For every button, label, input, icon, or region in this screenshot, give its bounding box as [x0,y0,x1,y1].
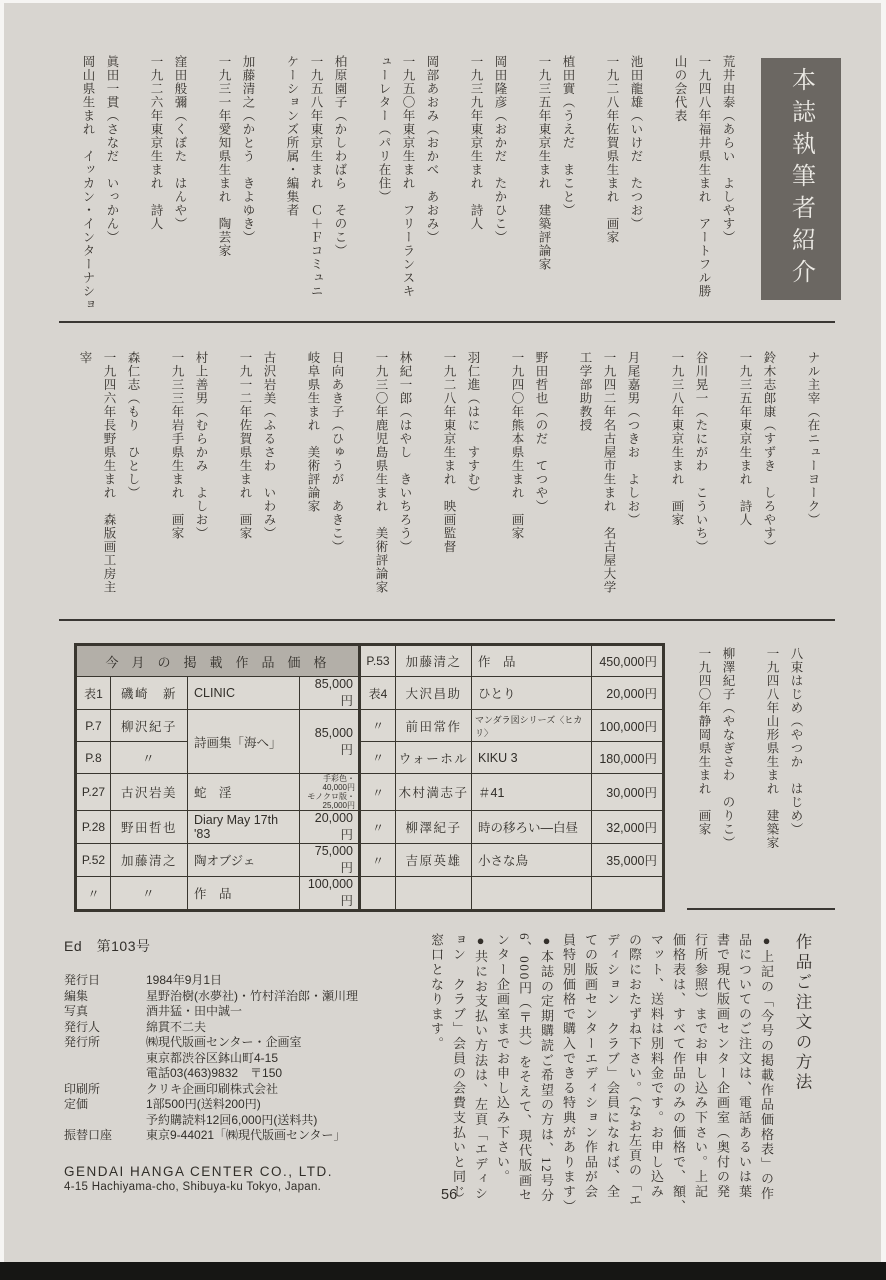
colophon-row: 発行日 1984年9月1日 [64,973,432,989]
work-title-cell: 陶オブジェ [188,844,300,877]
work-title-cell: 作 品 [188,877,300,911]
contributor-entry: 植田實（うえだ まこと） 一九三五年東京生まれ 建築評論家 [532,55,580,313]
order-line: 行所参照）までお申し込み下さい。上記 [689,933,711,1223]
contributor-line: 一九三〇年鹿児島県生まれ 美術評論家 [369,351,393,613]
issue-number: Ed 第103号 [64,936,432,956]
artist-cell: 前田常作 [396,710,472,742]
artist-cell: 加藤清之 [396,645,472,677]
colophon-value: 星野治樹(水夢社)・竹村洋治郎・瀬川理 [146,989,432,1005]
colophon-value: ㈱現代版画センター・企画室 [146,1035,432,1051]
contributor-line: 一九三九年東京生まれ 詩人 [464,55,488,313]
page-cell: 〃 [360,844,396,877]
order-line: ンター企画室までお申し込み下さい。 [491,933,513,1223]
contributor-line: ナル主宰（在ニューヨーク） [801,351,825,613]
order-line: 品についてのご注文は、電話あるいは葉 [733,933,755,1223]
divider-rule [59,619,835,621]
contributor-entry: 柏原園子（かしわばら そのこ） 一九五八年東京生まれ Ｃ＋Ｆコミュニ ケーション… [280,55,352,313]
colophon-value: 1部500円(送料200円) [146,1097,432,1113]
colophon-value: 東京都渋谷区鉢山町4-15 [146,1051,432,1067]
work-title-cell: 作 品 [472,645,592,677]
colophon-value: 予約購読料12回6,000円(送料共) [146,1113,432,1129]
table-row: 表1 磯崎 新 CLINIC 85,000円 表4 大沢昌助 ひとり 20,00… [76,677,664,710]
contributor-line: 一九四〇年静岡県生まれ 画家 [692,647,716,905]
price-cell: 75,000円 [300,844,360,877]
colophon-row: 振替口座 東京9-44021「㈱現代版画センター」 [64,1128,432,1144]
price-cell: 手彩色・40,000円 モノクロ版・25,000円 [300,774,360,811]
colophon: Ed 第103号 発行日 1984年9月1日 編集 星野治樹(水夢社)・竹村洋治… [64,936,432,1204]
scan-edge-bar [0,1262,886,1280]
contributor-line: 羽仁進（はに すすむ） [461,351,485,613]
colophon-label: 発行人 [64,1020,146,1036]
table-row: 今月の掲載作品価格 P.53 加藤清之 作 品 450,000円 [76,645,664,677]
contributor-entry: 谷川晃一（たにがわ こういち） 一九三八年東京生まれ 画家 [665,351,713,613]
contributor-line: 一九一二年佐賀県生まれ 画家 [233,351,257,613]
contributor-entry: 鈴木志郎康（すずき しろやす） 一九三五年東京生まれ 詩人 [733,351,781,613]
artist-cell: 野田哲也 [111,811,188,844]
contributor-entry: 眞田一貫（さなだ いっかん） 岡山県生まれ イッカン・インターナショ [76,55,124,313]
contributor-line: 一九五〇年東京生まれ フリーランスキ [396,55,420,313]
colophon-label [64,1051,146,1067]
order-line: ての版画センターエディション作品が会 [579,933,601,1223]
contributor-line: 一九五八年東京生まれ Ｃ＋Ｆコミュニ [304,55,328,313]
table-row: P.27 古沢岩美 蛇 淫 手彩色・40,000円 モノクロ版・25,000円 … [76,774,664,811]
work-title-cell: 蛇 淫 [188,774,300,811]
table-row: 〃 〃 作 品 100,000円 [76,877,664,911]
colophon-label: 発行日 [64,973,146,989]
order-line: マット、送料は別料金です。お申し込み [645,933,667,1223]
contributor-line: 一九四二年名古屋市生まれ 名古屋大学 [597,351,621,613]
contributor-line: 工学部助教授 [573,351,597,613]
price-table-header: 今月の掲載作品価格 [76,645,360,677]
colophon-label: 印刷所 [64,1082,146,1098]
price-cell: 35,000円 [592,844,664,877]
contributor-line: 日向あき子（ひゅうが あきこ） [325,351,349,613]
contributor-line: 八束はじめ（やつか はじめ） [784,647,808,905]
colophon-row: 予約購読料12回6,000円(送料共) [64,1113,432,1129]
contributor-line: ューレター（パリ在住） [372,55,396,313]
page-cell: 〃 [360,710,396,742]
contributor-line: 一九二八年佐賀県生まれ 画家 [600,55,624,313]
contributor-entry: 柳澤紀子（やなぎさわ のりこ） 一九四〇年静岡県生まれ 画家 [692,647,740,905]
work-title-cell [472,877,592,911]
order-line: ョン クラブ」会員の会費支払いと同じ [447,933,469,1223]
contributor-entry: 村上善男（むらかみ よしお） 一九三三年岩手県生まれ 画家 [165,351,213,613]
contributor-line: 野田哲也（のだ てつや） [529,351,553,613]
colophon-label: 写真 [64,1004,146,1020]
artist-cell: 木村満志子 [396,774,472,811]
contributor-entry: 加藤清之（かとう きよゆき） 一九三一年愛知県生まれ 陶芸家 [212,55,260,313]
price-cell: 85,000円 [300,677,360,710]
work-title-cell: マンダラ図シリーズ〈ヒカリ〉 [472,710,592,742]
contributor-line: 加藤清之（かとう きよゆき） [236,55,260,313]
colophon-label: 振替口座 [64,1128,146,1144]
contributor-entry: 林紀一郎（はやし きいちろう） 一九三〇年鹿児島県生まれ 美術評論家 [369,351,417,613]
contributor-entry: 森仁志（もり ひとし） 一九四六年長野県生まれ 森版画工房主 宰 [73,351,145,613]
price-cell: 180,000円 [592,742,664,774]
colophon-value: クリキ企画印刷株式会社 [146,1082,432,1098]
work-title-cell: 時の移ろい―白昼 [472,811,592,844]
page-cell: 〃 [360,742,396,774]
contributor-line: 植田實（うえだ まこと） [556,55,580,313]
contributor-line: 村上善男（むらかみ よしお） [189,351,213,613]
price-cell [592,877,664,911]
contributor-entry: 月尾嘉男（つきお よしお） 一九四二年名古屋市生まれ 名古屋大学 工学部助教授 [573,351,645,613]
page-number: 56 [441,1187,457,1203]
contributor-entry: 岡部あおみ（おかべ あおみ） 一九五〇年東京生まれ フリーランスキ ューレター（… [372,55,444,313]
price-cell: 100,000円 [300,877,360,911]
colophon-label: 編集 [64,989,146,1005]
contributor-line: 宰 [73,351,97,613]
colophon-row: 編集 星野治樹(水夢社)・竹村洋治郎・瀬川理 [64,989,432,1005]
publisher-english-name: GENDAI HANGA CENTER CO., LTD. [64,1164,432,1179]
contributor-line: 月尾嘉男（つきお よしお） [621,351,645,613]
contributor-line: 森仁志（もり ひとし） [121,351,145,613]
page-cell: P.52 [76,844,111,877]
table-row: P.52 加藤清之 陶オブジェ 75,000円 〃 吉原英雄 小さな鳥 35,0… [76,844,664,877]
contributor-entry: 荒井由泰（あらい よしやす） 一九四八年福井県生まれ アートフル勝 山の会代表 [668,55,740,313]
colophon-row: 電話03(463)9832 〒150 [64,1066,432,1082]
contributor-entry: 八束はじめ（やつか はじめ） 一九四八年山形県生まれ 建築家 [760,647,808,905]
colophon-row: 東京都渋谷区鉢山町4-15 [64,1051,432,1067]
artist-cell: ウォーホル [396,742,472,774]
contributor-line: 一九三三年岩手県生まれ 画家 [165,351,189,613]
contributor-line: 一九二六年東京生まれ 詩人 [144,55,168,313]
artist-cell: 磯崎 新 [111,677,188,710]
contributor-line: 柏原園子（かしわばら そのこ） [328,55,352,313]
table-row: P.28 野田哲也 Diary May 17th '83 20,000円 〃 柳… [76,811,664,844]
order-line: 6、000円（〒共）をそえて、現代版画セ [513,933,535,1223]
contributor-line: 岡部あおみ（おかべ あおみ） [420,55,444,313]
contributor-entry: 池田龍雄（いけだ たつお） 一九二八年佐賀県生まれ 画家 [600,55,648,313]
price-cell: 20,000円 [300,811,360,844]
price-line: 手彩色・40,000円 [304,774,355,792]
contributor-line: 一九三八年東京生まれ 画家 [665,351,689,613]
divider-rule [59,321,835,323]
artist-cell: 柳沢紀子 [111,710,188,742]
order-line: ●共にお支払い方法は、左頁「エディシ [469,933,491,1223]
contributor-entry: 窪田般彌（くぼた はんや） 一九二六年東京生まれ 詩人 [144,55,192,313]
work-title-cell: 小さな鳥 [472,844,592,877]
contributor-line: 岡田隆彦（おかだ たかひこ） [488,55,512,313]
contributor-line: 窪田般彌（くぼた はんや） [168,55,192,313]
price-line: モノクロ版・25,000円 [304,792,355,810]
table-row: P.8 〃 〃 ウォーホル KIKU 3 180,000円 [76,742,664,774]
contributor-line: 一九三一年愛知県生まれ 陶芸家 [212,55,236,313]
artist-cell: 大沢昌助 [396,677,472,710]
contributors-block-1: 荒井由泰（あらい よしやす） 一九四八年福井県生まれ アートフル勝 山の会代表 … [56,55,740,313]
colophon-row: 印刷所 クリキ企画印刷株式会社 [64,1082,432,1098]
contributors-block-3: 八束はじめ（やつか はじめ） 一九四八年山形県生まれ 建築家 柳澤紀子（やなぎさ… [672,647,808,905]
divider-rule [687,908,835,910]
page-cell: P.28 [76,811,111,844]
colophon-value: 東京9-44021「㈱現代版画センター」 [146,1128,432,1144]
table-row: P.7 柳沢紀子 詩画集「海へ」 85,000円 〃 前田常作 マンダラ図シリー… [76,710,664,742]
colophon-label: 発行所 [64,1035,146,1051]
artist-cell: 古沢岩美 [111,774,188,811]
contributor-line: 一九四六年長野県生まれ 森版画工房主 [97,351,121,613]
contributor-line: 古沢岩美（ふるさわ いわみ） [257,351,281,613]
order-line: の際におたずね下さい。（なお左頁の「エ [623,933,645,1223]
order-line: 窓口となります。 [425,933,447,1223]
artist-cell [396,877,472,911]
order-line: ●本誌の定期購読ご希望の方は、12号分 [535,933,557,1223]
contributors-title: 本誌執筆者紹介 [784,67,819,291]
contributor-entry: 羽仁進（はに すすむ） 一九二八年東京生まれ 映画監督 [437,351,485,613]
work-title-cell: CLINIC [188,677,300,710]
colophon-row: 発行所 ㈱現代版画センター・企画室 [64,1035,432,1051]
contributor-line: 山の会代表 [668,55,692,313]
page-cell: 〃 [360,774,396,811]
contributor-line: 鈴木志郎康（すずき しろやす） [757,351,781,613]
artist-cell: 〃 [111,877,188,911]
contributor-entry: 野田哲也（のだ てつや） 一九四〇年熊本県生まれ 画家 [505,351,553,613]
order-section-title: 作品ご注文の方法 [791,933,813,1223]
colophon-value: 1984年9月1日 [146,973,432,989]
contributor-line: 柳澤紀子（やなぎさわ のりこ） [716,647,740,905]
work-title-cell: ＃41 [472,774,592,811]
colophon-label: 定価 [64,1097,146,1113]
order-section: 作品ご注文の方法 ●上記の「今号の掲載作品価格表」の作 品についてのご注文は、電… [425,933,813,1223]
contributor-line: 一九三五年東京生まれ 建築評論家 [532,55,556,313]
contributor-line: 一九四〇年熊本県生まれ 画家 [505,351,529,613]
page-cell: P.53 [360,645,396,677]
order-line: ディション クラブ」会員になれば、全 [601,933,623,1223]
colophon-row: 写真 酒井猛・田中誠一 [64,1004,432,1020]
contributors-title-box: 本誌執筆者紹介 [761,58,841,300]
work-title-cell: 詩画集「海へ」 [188,710,300,774]
work-title-cell: Diary May 17th '83 [188,811,300,844]
price-cell: 30,000円 [592,774,664,811]
contributor-line: 谷川晃一（たにがわ こういち） [689,351,713,613]
contributors-block-2: ナル主宰（在ニューヨーク） 鈴木志郎康（すずき しろやす） 一九三五年東京生まれ… [53,351,825,613]
colophon-label [64,1066,146,1082]
order-line: 員特別価格で購入できる特典があります） [557,933,579,1223]
artist-cell: 柳澤紀子 [396,811,472,844]
colophon-value: 電話03(463)9832 〒150 [146,1066,432,1082]
page-cell: 表1 [76,677,111,710]
colophon-row: 定価 1部500円(送料200円) [64,1097,432,1113]
contributor-line: 林紀一郎（はやし きいちろう） [393,351,417,613]
price-cell: 32,000円 [592,811,664,844]
price-cell: 100,000円 [592,710,664,742]
contributor-line: 岡山県生まれ イッカン・インターナショ [76,55,100,313]
page-cell: P.7 [76,710,111,742]
price-cell: 20,000円 [592,677,664,710]
work-title-cell: KIKU 3 [472,742,592,774]
contributor-line: 一九三五年東京生まれ 詩人 [733,351,757,613]
contributor-line: 一九四八年山形県生まれ 建築家 [760,647,784,905]
contributor-line: 池田龍雄（いけだ たつお） [624,55,648,313]
price-table: 今月の掲載作品価格 P.53 加藤清之 作 品 450,000円 表1 磯崎 新… [74,643,665,912]
publisher-english-address: 4-15 Hachiyama-cho, Shibuya-ku Tokyo, Ja… [64,1181,432,1193]
colophon-label [64,1113,146,1129]
artist-cell: 吉原英雄 [396,844,472,877]
page-cell [360,877,396,911]
colophon-value: 酒井猛・田中誠一 [146,1004,432,1020]
contributor-line: 一九二八年東京生まれ 映画監督 [437,351,461,613]
contributor-entry: 古沢岩美（ふるさわ いわみ） 一九一二年佐賀県生まれ 画家 [233,351,281,613]
contributor-entry: ナル主宰（在ニューヨーク） [801,351,825,613]
order-line: 価格表は、すべて作品のみの価格で、額、 [667,933,689,1223]
contributor-line: 一九四八年福井県生まれ アートフル勝 [692,55,716,313]
work-title-cell: ひとり [472,677,592,710]
page-cell: 表4 [360,677,396,710]
page-cell: P.27 [76,774,111,811]
page-cell: 〃 [360,811,396,844]
artist-cell: 加藤清之 [111,844,188,877]
scanned-magazine-page: 本誌執筆者紹介 荒井由泰（あらい よしやす） 一九四八年福井県生まれ アートフル… [4,3,881,1262]
contributor-line: 眞田一貫（さなだ いっかん） [100,55,124,313]
contributor-entry: 日向あき子（ひゅうが あきこ） 岐阜県生まれ 美術評論家 [301,351,349,613]
order-line: ●上記の「今号の掲載作品価格表」の作 [755,933,777,1223]
page-cell: P.8 [76,742,111,774]
colophon-value: 綿貫不二夫 [146,1020,432,1036]
order-line: 書で現代版画センター企画室（奥付の発 [711,933,733,1223]
contributor-line: ケーションズ所属・編集者 [280,55,304,313]
artist-cell: 〃 [111,742,188,774]
price-cell: 450,000円 [592,645,664,677]
price-cell: 85,000円 [300,710,360,774]
contributor-line: 岐阜県生まれ 美術評論家 [301,351,325,613]
contributor-line: 荒井由泰（あらい よしやす） [716,55,740,313]
colophon-row: 発行人 綿貫不二夫 [64,1020,432,1036]
contributor-entry: 岡田隆彦（おかだ たかひこ） 一九三九年東京生まれ 詩人 [464,55,512,313]
page-cell: 〃 [76,877,111,911]
